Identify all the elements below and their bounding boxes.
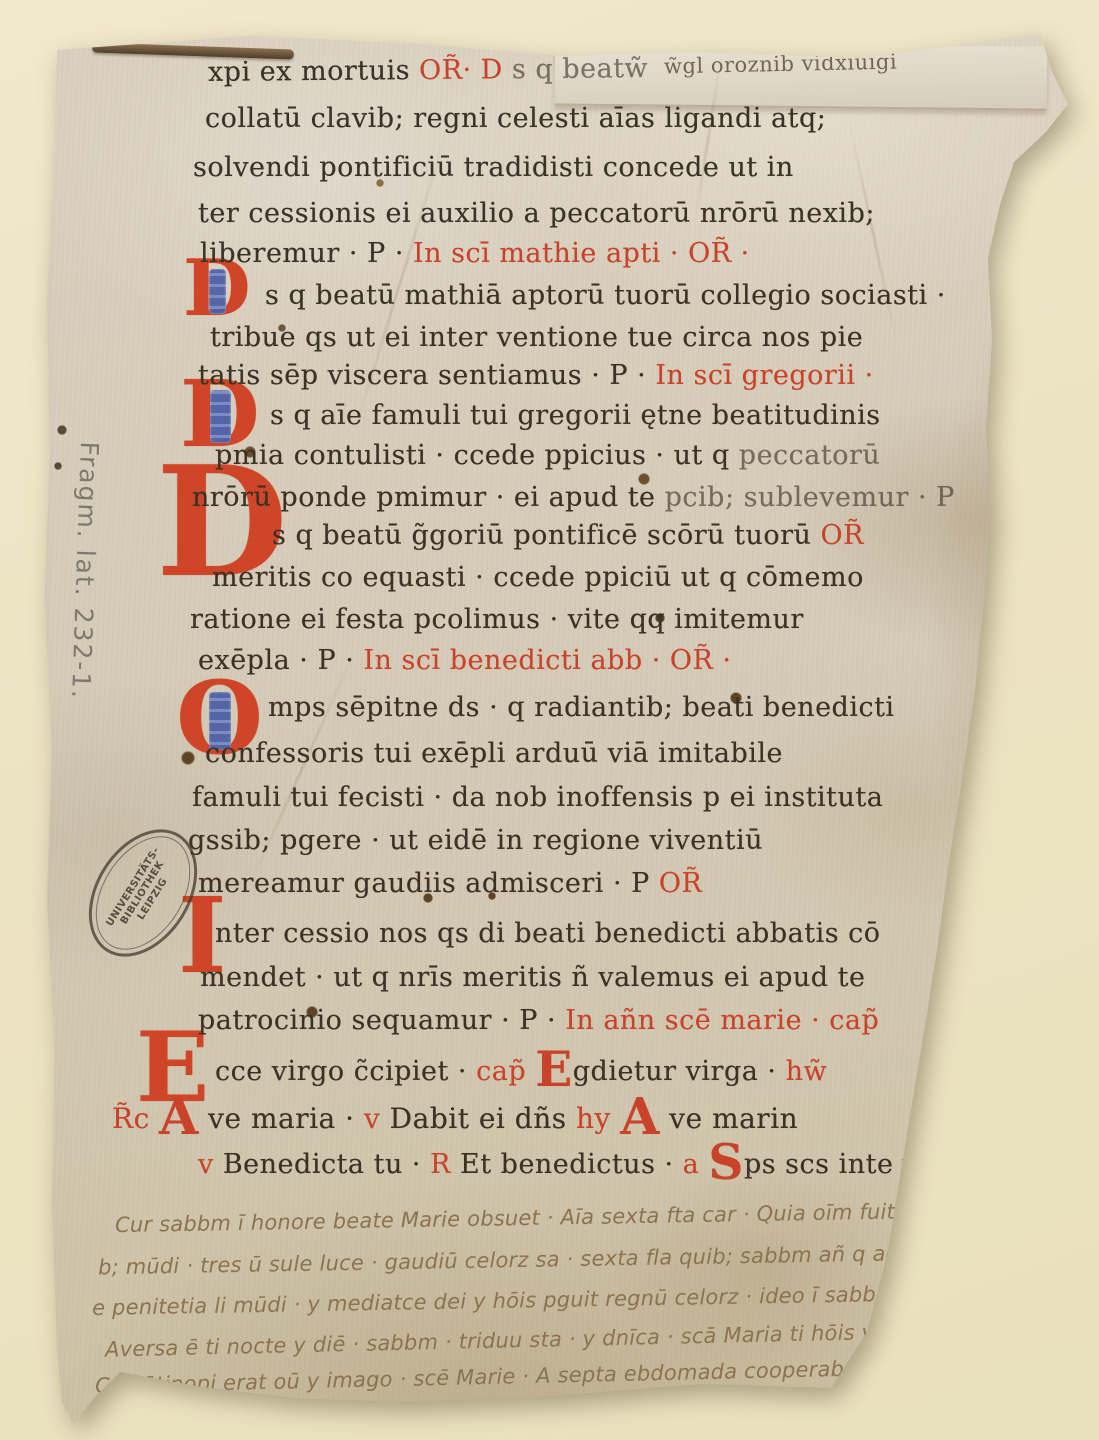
text-line: s q beatū g̃goriū pontificē scōrū tuorū … — [272, 520, 864, 551]
text-line: pmia contulisti · ccede ppicius · ut q p… — [215, 440, 880, 471]
text-segment: In scī mathie apti · OR̃ · — [413, 238, 750, 269]
text-line: s q beatū mathiā aptorū tuorū collegio s… — [265, 280, 946, 311]
text-segment: tatis sēp viscera sentiamus · P · — [198, 360, 655, 391]
text-segment: peccatorū — [739, 440, 881, 471]
text-line: solvendi pontificiū tradidisti concede u… — [193, 152, 794, 183]
text-segment: ve maria · — [199, 1102, 364, 1135]
text-segment: mereamur gaudiis admisceri · P — [198, 868, 650, 899]
text-segment: b; mūdi · tres ū sule luce · gaudiū celo… — [98, 1239, 1056, 1280]
text-line: nter cessio nos qs di beati benedicti ab… — [215, 918, 881, 949]
text-segment: patrocinio sequamur · P · — [198, 1005, 565, 1036]
text-line: ter cessionis ei auxilio a peccatorū nrō… — [198, 198, 875, 229]
text-line: R̃c A ve maria · v Dabit ei dñs hy A ve … — [112, 1102, 798, 1135]
text-segment: · nata — [700, 1394, 754, 1416]
text-line: Cōstātinopi erat oū y imago · scē Marie … — [95, 1354, 969, 1398]
text-line: mereamur gaudiis admisceri · P OR̃ — [198, 868, 702, 899]
text-segment: A — [620, 1087, 660, 1146]
text-segment: s q beatū g̃goriū pontificē scōrū tuorū — [272, 520, 821, 551]
text-segment: w̃gl oroznib vidxiuigi — [664, 50, 897, 79]
text-line: exēpla · P · In scī benedicti abb · OR̃ … — [198, 645, 732, 676]
stamp-line-2: BIBLIOTHEK — [114, 851, 172, 934]
photograph-of-manuscript: DDDOIE xpi ex mortuis OR̃· D s q beatw̃w… — [0, 0, 1099, 1440]
text-segment: A — [159, 1087, 199, 1146]
text-segment: mendet · ut q nrīs meritis ñ valemus ei … — [200, 962, 865, 993]
text-segment: R — [430, 1149, 460, 1180]
text-line: tatis sēp viscera sentiamus · P · In scī… — [198, 360, 874, 391]
text-segment: s q aīe famuli tui gregorii ętne beatitu… — [270, 400, 881, 431]
text-segment: cap̃ — [476, 1056, 535, 1087]
text-line: liberemur · P · In scī mathie apti · OR̃… — [200, 238, 750, 269]
text-segment: v — [198, 1149, 223, 1180]
text-line: gssib; pgere · ut eidē in regione vivent… — [188, 825, 763, 856]
text-segment: pmia contulisti · ccede ppicius · ut q — [215, 440, 739, 471]
text-line: Aversa ē ti nocte y diē · sabbm · triduu… — [105, 1318, 949, 1361]
text-segment: nter cessio nos qs di beati benedicti ab… — [215, 918, 881, 949]
text-segment: ratione ei festa pcolimus · vite qq imit… — [190, 604, 804, 635]
text-line: e penitetia li mūdi · y mediatce dei y h… — [92, 1280, 1003, 1320]
text-line: collatū clavib; regni celesti aīas ligan… — [205, 103, 826, 134]
text-segment: v — [364, 1102, 390, 1135]
wormhole-spot — [57, 425, 67, 435]
text-segment: cce virgo c̃cipiet · — [215, 1056, 476, 1087]
text-segment: mps sēpitne ds · q radiantib; beati bene… — [268, 692, 895, 723]
text-segment: Cōstātinopi erat oū y imago · scē Marie … — [95, 1354, 969, 1398]
text-segment: E — [535, 1041, 573, 1098]
text-segment: s q beatw̃ — [503, 53, 648, 85]
text-segment: OR̃ — [821, 520, 864, 551]
text-line: mendet · ut q nrīs meritis ñ valemus ei … — [200, 962, 865, 993]
text-segment: hy — [576, 1102, 620, 1135]
library-stamp-text: UNIVERSITÄTS- BIBLIOTHEK LEIPZIG — [104, 845, 182, 941]
text-line: tribue qs ut ei inter ventione tue circa… — [210, 322, 863, 353]
text-line: patrocinio sequamur · P · In añn scē mar… — [198, 1005, 879, 1036]
stamp-line-1: UNIVERSITÄTS- — [104, 845, 162, 928]
text-segment: Dabit ei dñs — [390, 1102, 576, 1135]
text-segment: exēpla · P · — [198, 645, 363, 676]
text-segment: gssib; pgere · ut eidē in regione vivent… — [188, 825, 763, 856]
text-segment: ter cessionis ei auxilio a peccatorū nrō… — [198, 198, 875, 229]
text-line: v Benedicta tu · R Et benedictus · a Sps… — [198, 1148, 927, 1180]
text-segment: pcib; sublevemur · P — [665, 482, 955, 513]
parchment-leaf-shadow: DDDOIE xpi ex mortuis OR̃· D s q beatw̃w… — [0, 0, 1099, 1440]
initial-blue-infill — [209, 269, 226, 314]
text-segment: In scī benedicti abb · OR̃ · — [363, 645, 731, 676]
text-segment: meritis co equasti · ccede ppiciū ut q c… — [212, 562, 864, 593]
text-segment: Aversa ē ti nocte y diē · sabbm · triduu… — [105, 1318, 949, 1361]
text-segment: ve marin — [660, 1102, 798, 1135]
stamp-line-3: LEIPZIG — [124, 857, 182, 940]
text-segment: hw̃ — [786, 1056, 828, 1087]
text-line: w̃gl oroznib vidxiuigi — [664, 50, 898, 79]
text-segment: s q beatū mathiā aptorū tuorū collegio s… — [265, 280, 946, 311]
text-segment: S — [708, 1134, 744, 1191]
text-line: ratione ei festa pcolimus · vite qq imit… — [190, 604, 804, 635]
text-segment: ps scs inte vi — [744, 1149, 927, 1180]
parchment-leaf: DDDOIE xpi ex mortuis OR̃· D s q beatw̃w… — [0, 0, 1099, 1440]
text-line: b; mūdi · tres ū sule luce · gaudiū celo… — [98, 1239, 1056, 1280]
text-line: s q aīe famuli tui gregorii ętne beatitu… — [270, 400, 881, 431]
text-segment: confessoris tui exēpli arduū viā imitabi… — [205, 738, 783, 769]
text-segment: Cur sabbm ī honore beate Marie obsuet · … — [115, 1197, 1052, 1237]
text-line: cce virgo c̃cipiet · cap̃ Egdietur virga… — [215, 1055, 827, 1087]
text-segment: famuli tui fecisti · da nob inoffensis p… — [192, 782, 883, 813]
text-segment: In scī gregorii · — [655, 360, 873, 391]
text-segment: liberemur · P · — [200, 238, 413, 269]
text-segment: xpi ex mortuis — [208, 55, 419, 88]
text-line: nrōrū ponde pmimur · ei apud te pcib; su… — [192, 482, 955, 513]
text-segment: R̃c — [112, 1102, 159, 1135]
text-line: meritis co equasti · ccede ppiciū ut q c… — [212, 562, 864, 593]
text-segment: tribue qs ut ei inter ventione tue circa… — [210, 322, 863, 353]
text-line: xpi ex mortuis OR̃· D s q beatw̃ — [208, 53, 648, 88]
text-line: · nata — [700, 1395, 754, 1417]
text-segment: a — [683, 1149, 709, 1180]
text-segment: Et benedictus · — [460, 1149, 683, 1180]
text-line: Cur sabbm ī honore beate Marie obsuet · … — [115, 1197, 1052, 1237]
text-line: famuli tui fecisti · da nob inoffensis p… — [192, 782, 883, 813]
crease-line — [848, 122, 899, 348]
text-segment: e penitetia li mūdi · y mediatce dei y h… — [92, 1280, 1003, 1320]
text-segment: In añn scē marie · cap̃ — [565, 1005, 879, 1036]
text-segment: OR̃· D — [419, 54, 503, 86]
text-line: mps sēpitne ds · q radiantib; beati bene… — [268, 692, 895, 723]
pencil-shelfmark: Fragm. lat. 232-1. — [60, 441, 104, 882]
wormhole-spot — [54, 462, 62, 470]
text-segment: OR̃ — [650, 868, 703, 899]
text-segment: Benedicta tu · — [223, 1149, 430, 1180]
text-line: confessoris tui exēpli arduū viā imitabi… — [205, 738, 783, 769]
text-segment: collatū clavib; regni celesti aīas ligan… — [205, 103, 826, 134]
text-segment: solvendi pontificiū tradidisti concede u… — [193, 152, 794, 183]
text-segment: gdietur virga · — [573, 1056, 786, 1087]
text-segment: nrōrū ponde pmimur · ei apud te — [192, 482, 665, 513]
